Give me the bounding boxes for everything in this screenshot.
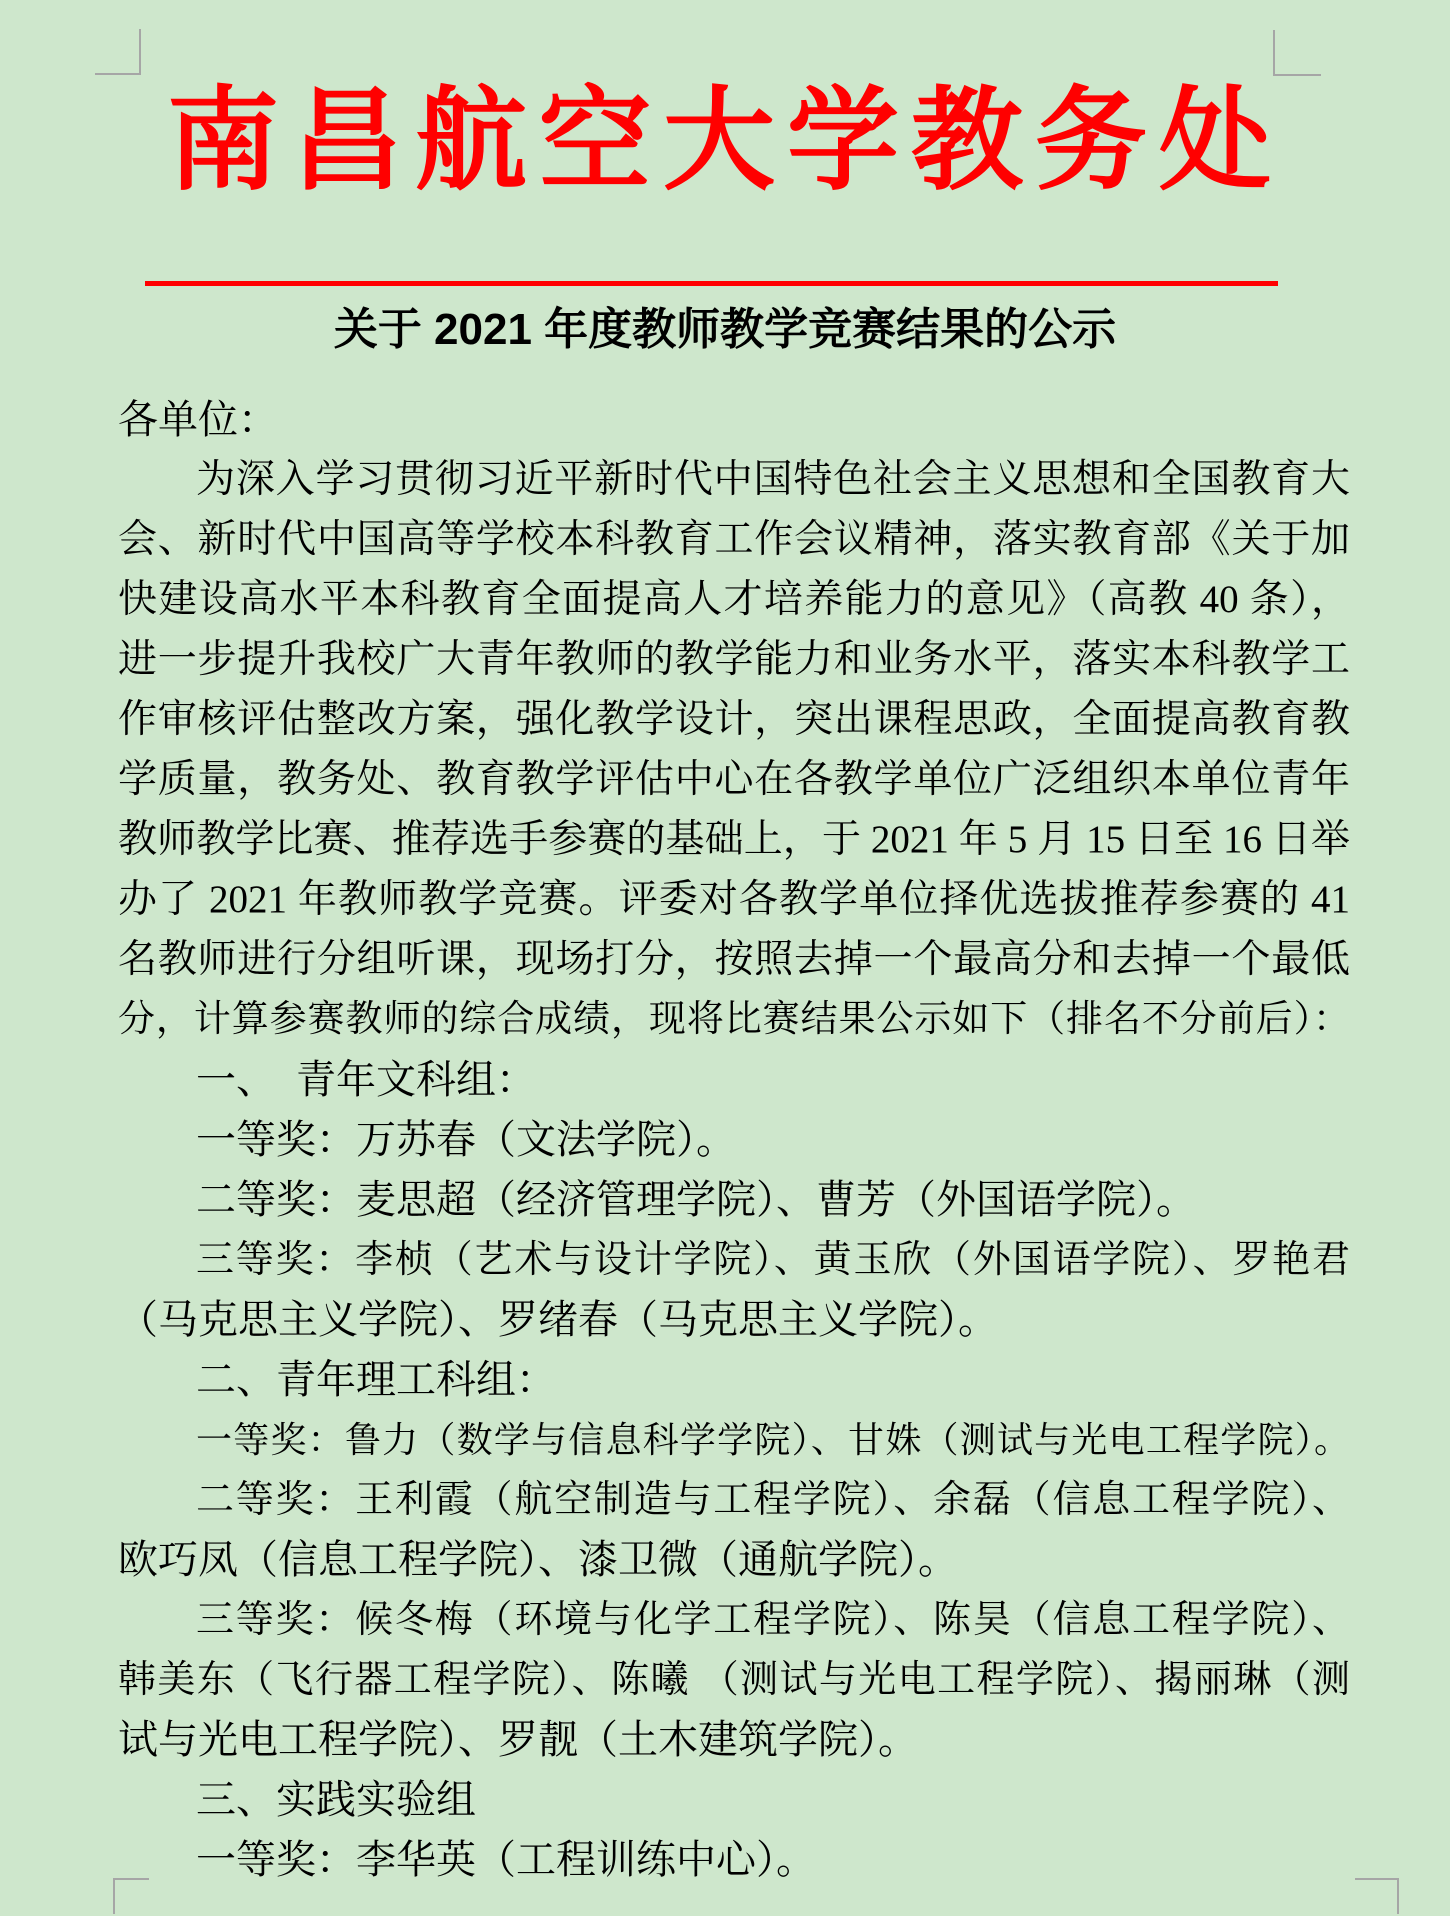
text-line: 为深入学习贯彻习近平新时代中国特色社会主义思想和全国教育大 — [118, 450, 1350, 510]
crop-mark-top-right — [1273, 30, 1321, 76]
text-line: 办了 2021 年教师教学竞赛。评委对各教学单位择优选拔推荐参赛的 41 — [118, 870, 1350, 930]
text-line: 教师教学比赛、推荐选手参赛的基础上，于 2021 年 5 月 15 日至 16 … — [118, 810, 1350, 870]
red-divider-rule — [145, 281, 1278, 286]
document-page: 南昌航空大学教务处 关于 2021 年度教师教学竞赛结果的公示 各单位： 为深入… — [0, 0, 1450, 1916]
text-line: 进一步提升我校广大青年教师的教学能力和业务水平，落实本科教学工 — [118, 630, 1350, 690]
text-line: 会、新时代中国高等学校本科教育工作会议精神，落实教育部《关于加 — [118, 510, 1350, 570]
award-line: （马克思主义学院）、罗绪春（马克思主义学院）。 — [118, 1290, 1350, 1350]
award-line: 试与光电工程学院）、罗靓（土木建筑学院）。 — [118, 1710, 1350, 1770]
award-line: 一等奖：万苏春（文法学院）。 — [118, 1110, 1350, 1170]
award-line: 一等奖：鲁力（数学与信息科学学院）、甘姝（测试与光电工程学院）。 — [118, 1410, 1350, 1470]
crop-mark-bottom-right — [1355, 1878, 1399, 1914]
text-line: 作审核评估整改方案，强化教学设计，突出课程思政，全面提高教育教 — [118, 690, 1350, 750]
letterhead-title: 南昌航空大学教务处 — [0, 76, 1450, 208]
award-line: 三等奖：李桢（艺术与设计学院）、黄玉欣（外国语学院）、罗艳君 — [118, 1230, 1350, 1290]
award-line: 韩美东（飞行器工程学院）、陈曦 （测试与光电工程学院）、揭丽琳（测 — [118, 1650, 1350, 1710]
section-heading-1: 一、 青年文科组： — [118, 1050, 1350, 1110]
award-line: 二等奖：麦思超（经济管理学院）、曹芳（外国语学院）。 — [118, 1170, 1350, 1230]
text-line: 学质量，教务处、教育教学评估中心在各教学单位广泛组织本单位青年 — [118, 750, 1350, 810]
text-line: 快建设高水平本科教育全面提高人才培养能力的意见》（高教 40 条）， — [118, 570, 1350, 630]
crop-mark-top-left — [95, 29, 141, 75]
award-line: 二等奖：王利霞（航空制造与工程学院）、余磊（信息工程学院）、 — [118, 1470, 1350, 1530]
notice-title: 关于 2021 年度教师教学竞赛结果的公示 — [0, 293, 1450, 357]
notice-body: 各单位： 为深入学习贯彻习近平新时代中国特色社会主义思想和全国教育大 会、新时代… — [118, 390, 1350, 1890]
text-line: 名教师进行分组听课，现场打分，按照去掉一个最高分和去掉一个最低 — [118, 930, 1350, 990]
text-line-salutation: 各单位： — [118, 390, 1350, 450]
section-heading-3: 三、实践实验组 — [118, 1770, 1350, 1830]
text-line: 分，计算参赛教师的综合成绩，现将比赛结果公示如下（排名不分前后）： — [118, 990, 1350, 1050]
award-line: 一等奖：李华英（工程训练中心）。 — [118, 1830, 1350, 1890]
award-line: 欧巧凤（信息工程学院）、漆卫微（通航学院）。 — [118, 1530, 1350, 1590]
award-line: 三等奖：候冬梅（环境与化学工程学院）、陈昊（信息工程学院）、 — [118, 1590, 1350, 1650]
section-heading-2: 二、青年理工科组： — [118, 1350, 1350, 1410]
